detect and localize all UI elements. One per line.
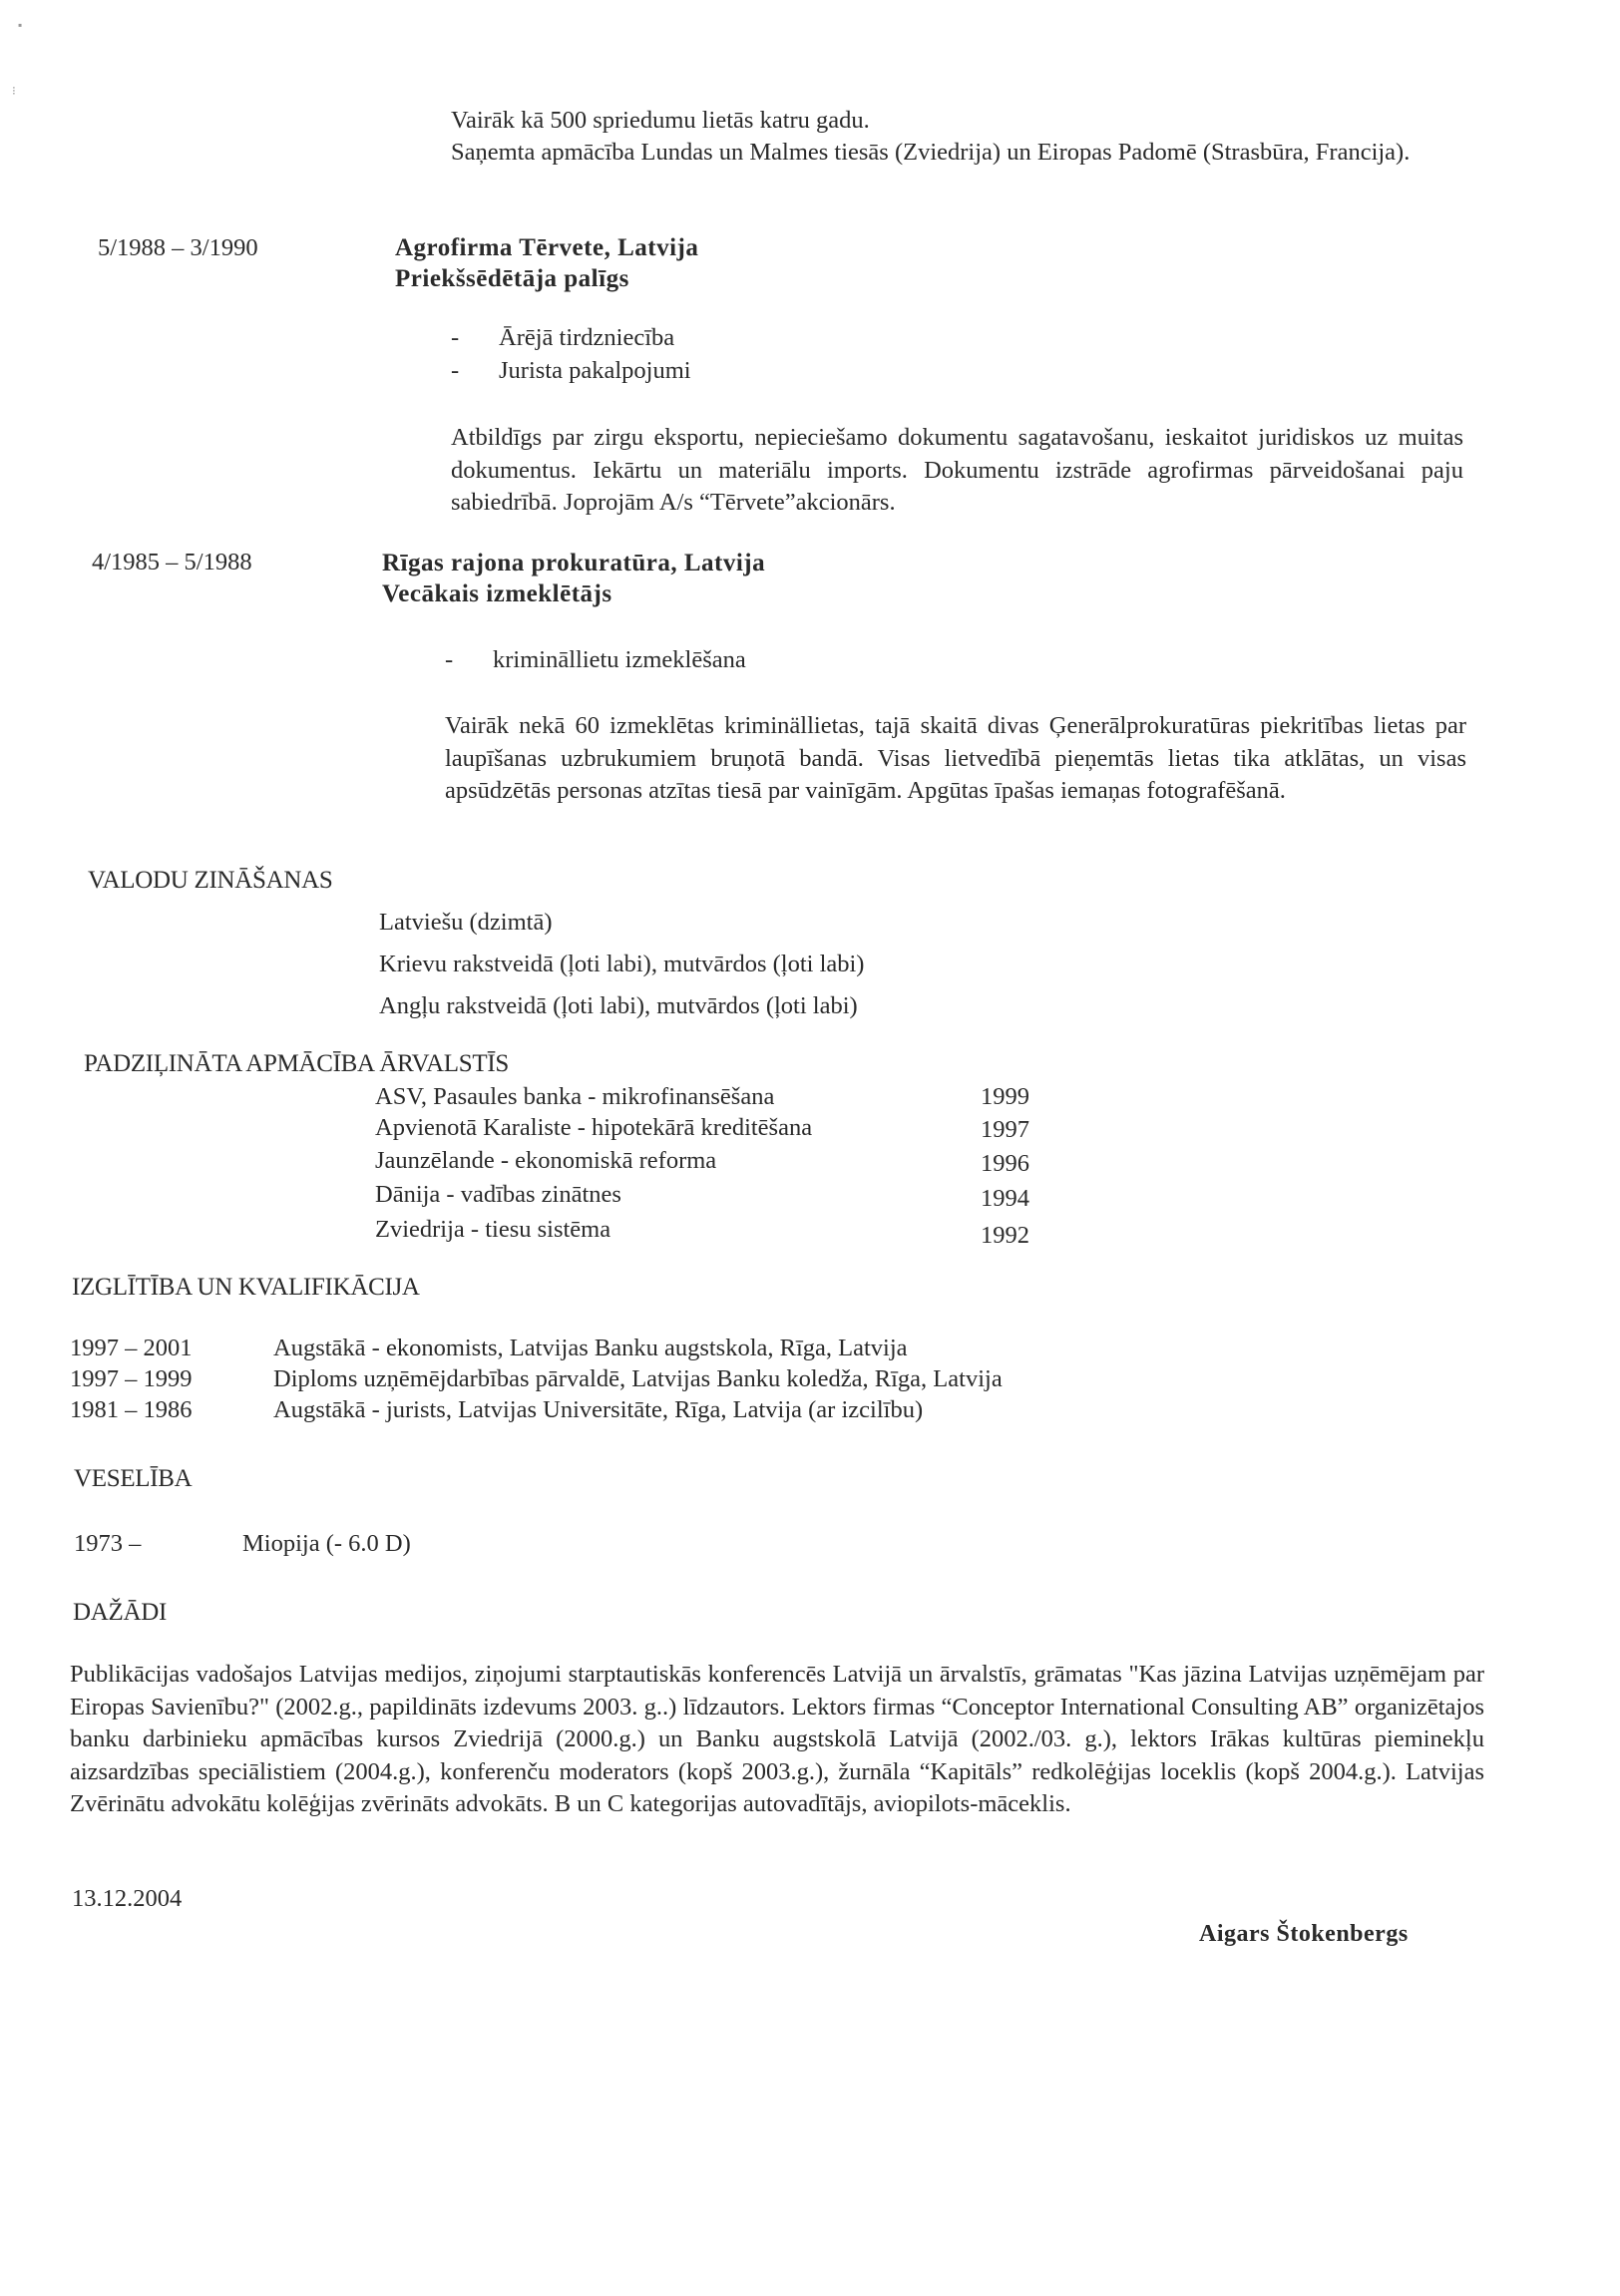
training-title: Zviedrija - tiesu sistēma <box>375 1214 610 1251</box>
experience-2-description: Vairāk nekā 60 izmeklētas kriminällietas… <box>445 710 1466 808</box>
training-title: Jaunzēlande - ekonomiskā reforma <box>375 1145 716 1179</box>
training-list: ASV, Pasaules banka - mikrofinansēšana19… <box>375 1081 1029 1251</box>
training-item: Dānija - vadības zinātnes1994 <box>375 1179 1029 1215</box>
experience-2-period: 4/1985 – 5/1988 <box>92 546 252 578</box>
experience-1-organization: Agrofirma Tērvete, Latvija <box>395 232 698 263</box>
health-text: Miopija (- 6.0 D) <box>242 1527 411 1560</box>
misc-heading: DAŽĀDI <box>73 1596 167 1629</box>
language-item: Krievu rakstveidā (ļoti labi), mutvārdos… <box>379 948 864 980</box>
bullet-dash: - <box>451 321 499 354</box>
training-title: Dānija - vadības zinātnes <box>375 1179 621 1215</box>
training-title: Apvienotā Karaliste - hipotekārā kreditē… <box>375 1112 812 1145</box>
language-item: Latviešu (dzimtā) <box>379 906 552 939</box>
languages-heading: VALODU ZINĀŠANAS <box>88 864 332 897</box>
experience-2-duty-1: -krimināllietu izmeklēšana <box>445 643 746 676</box>
education-period: 1981 – 1986 <box>70 1394 273 1425</box>
education-text: Augstākā - ekonomists, Latvijas Banku au… <box>273 1333 908 1363</box>
education-heading: IZGLĪTĪBA UN KVALIFIKĀCIJA <box>72 1271 420 1304</box>
intro-line-2: Saņemta apmācība Lundas un Malmes tiesās… <box>451 137 1463 170</box>
signature-name: Aigars Štokenbergs <box>1199 1919 1409 1950</box>
training-title: ASV, Pasaules banka - mikrofinansēšana <box>375 1081 774 1112</box>
education-text: Augstākā - jurists, Latvijas Universitāt… <box>273 1394 923 1425</box>
language-item: Angļu rakstveidā (ļoti labi), mutvārdos … <box>379 989 858 1022</box>
training-year: 1994 <box>981 1179 1029 1215</box>
training-year: 1997 <box>981 1112 1029 1145</box>
misc-text: Publikācijas vadošajos Latvijas medijos,… <box>70 1659 1484 1821</box>
bullet-dash: - <box>451 354 499 387</box>
document-date: 13.12.2004 <box>72 1882 182 1915</box>
training-heading: PADZIĻINĀTA APMĀCĪBA ĀRVALSTĪS <box>84 1047 509 1080</box>
education-text: Diploms uzņēmējdarbības pārvaldē, Latvij… <box>273 1363 1003 1394</box>
training-item: Apvienotā Karaliste - hipotekārā kreditē… <box>375 1112 1029 1145</box>
education-period: 1997 – 2001 <box>70 1333 273 1363</box>
education-item: 1981 – 1986Augstākā - jurists, Latvijas … <box>70 1394 1003 1425</box>
experience-2-position: Vecākais izmeklētājs <box>382 578 612 609</box>
training-item: ASV, Pasaules banka - mikrofinansēšana19… <box>375 1081 1029 1112</box>
intro-line-1: Vairāk kā 500 spriedumu lietās katru gad… <box>451 104 870 137</box>
experience-1-duty-1: -Ārējā tirdzniecība <box>451 321 674 354</box>
experience-1-duty-2: -Jurista pakalpojumi <box>451 354 691 387</box>
health-heading: VESELĪBA <box>74 1462 192 1495</box>
education-list: 1997 – 2001Augstākā - ekonomists, Latvij… <box>70 1333 1003 1425</box>
scan-artifact: ⁝ <box>12 84 16 99</box>
scan-artifact: ▪ <box>18 18 22 33</box>
training-year: 1999 <box>981 1081 1029 1112</box>
experience-1-period: 5/1988 – 3/1990 <box>98 231 258 264</box>
education-item: 1997 – 1999Diploms uzņēmējdarbības pārva… <box>70 1363 1003 1394</box>
bullet-dash: - <box>445 643 493 676</box>
health-period: 1973 – <box>74 1527 141 1560</box>
education-period: 1997 – 1999 <box>70 1363 273 1394</box>
training-year: 1992 <box>981 1214 1029 1251</box>
training-item: Jaunzēlande - ekonomiskā reforma1996 <box>375 1145 1029 1179</box>
education-item: 1997 – 2001Augstākā - ekonomists, Latvij… <box>70 1333 1003 1363</box>
training-year: 1996 <box>981 1145 1029 1179</box>
training-item: Zviedrija - tiesu sistēma1992 <box>375 1214 1029 1251</box>
experience-1-position: Priekšsēdētāja palīgs <box>395 263 629 294</box>
experience-1-description: Atbildīgs par zirgu eksportu, nepiecieša… <box>451 422 1463 520</box>
experience-2-organization: Rīgas rajona prokuratūra, Latvija <box>382 548 765 578</box>
